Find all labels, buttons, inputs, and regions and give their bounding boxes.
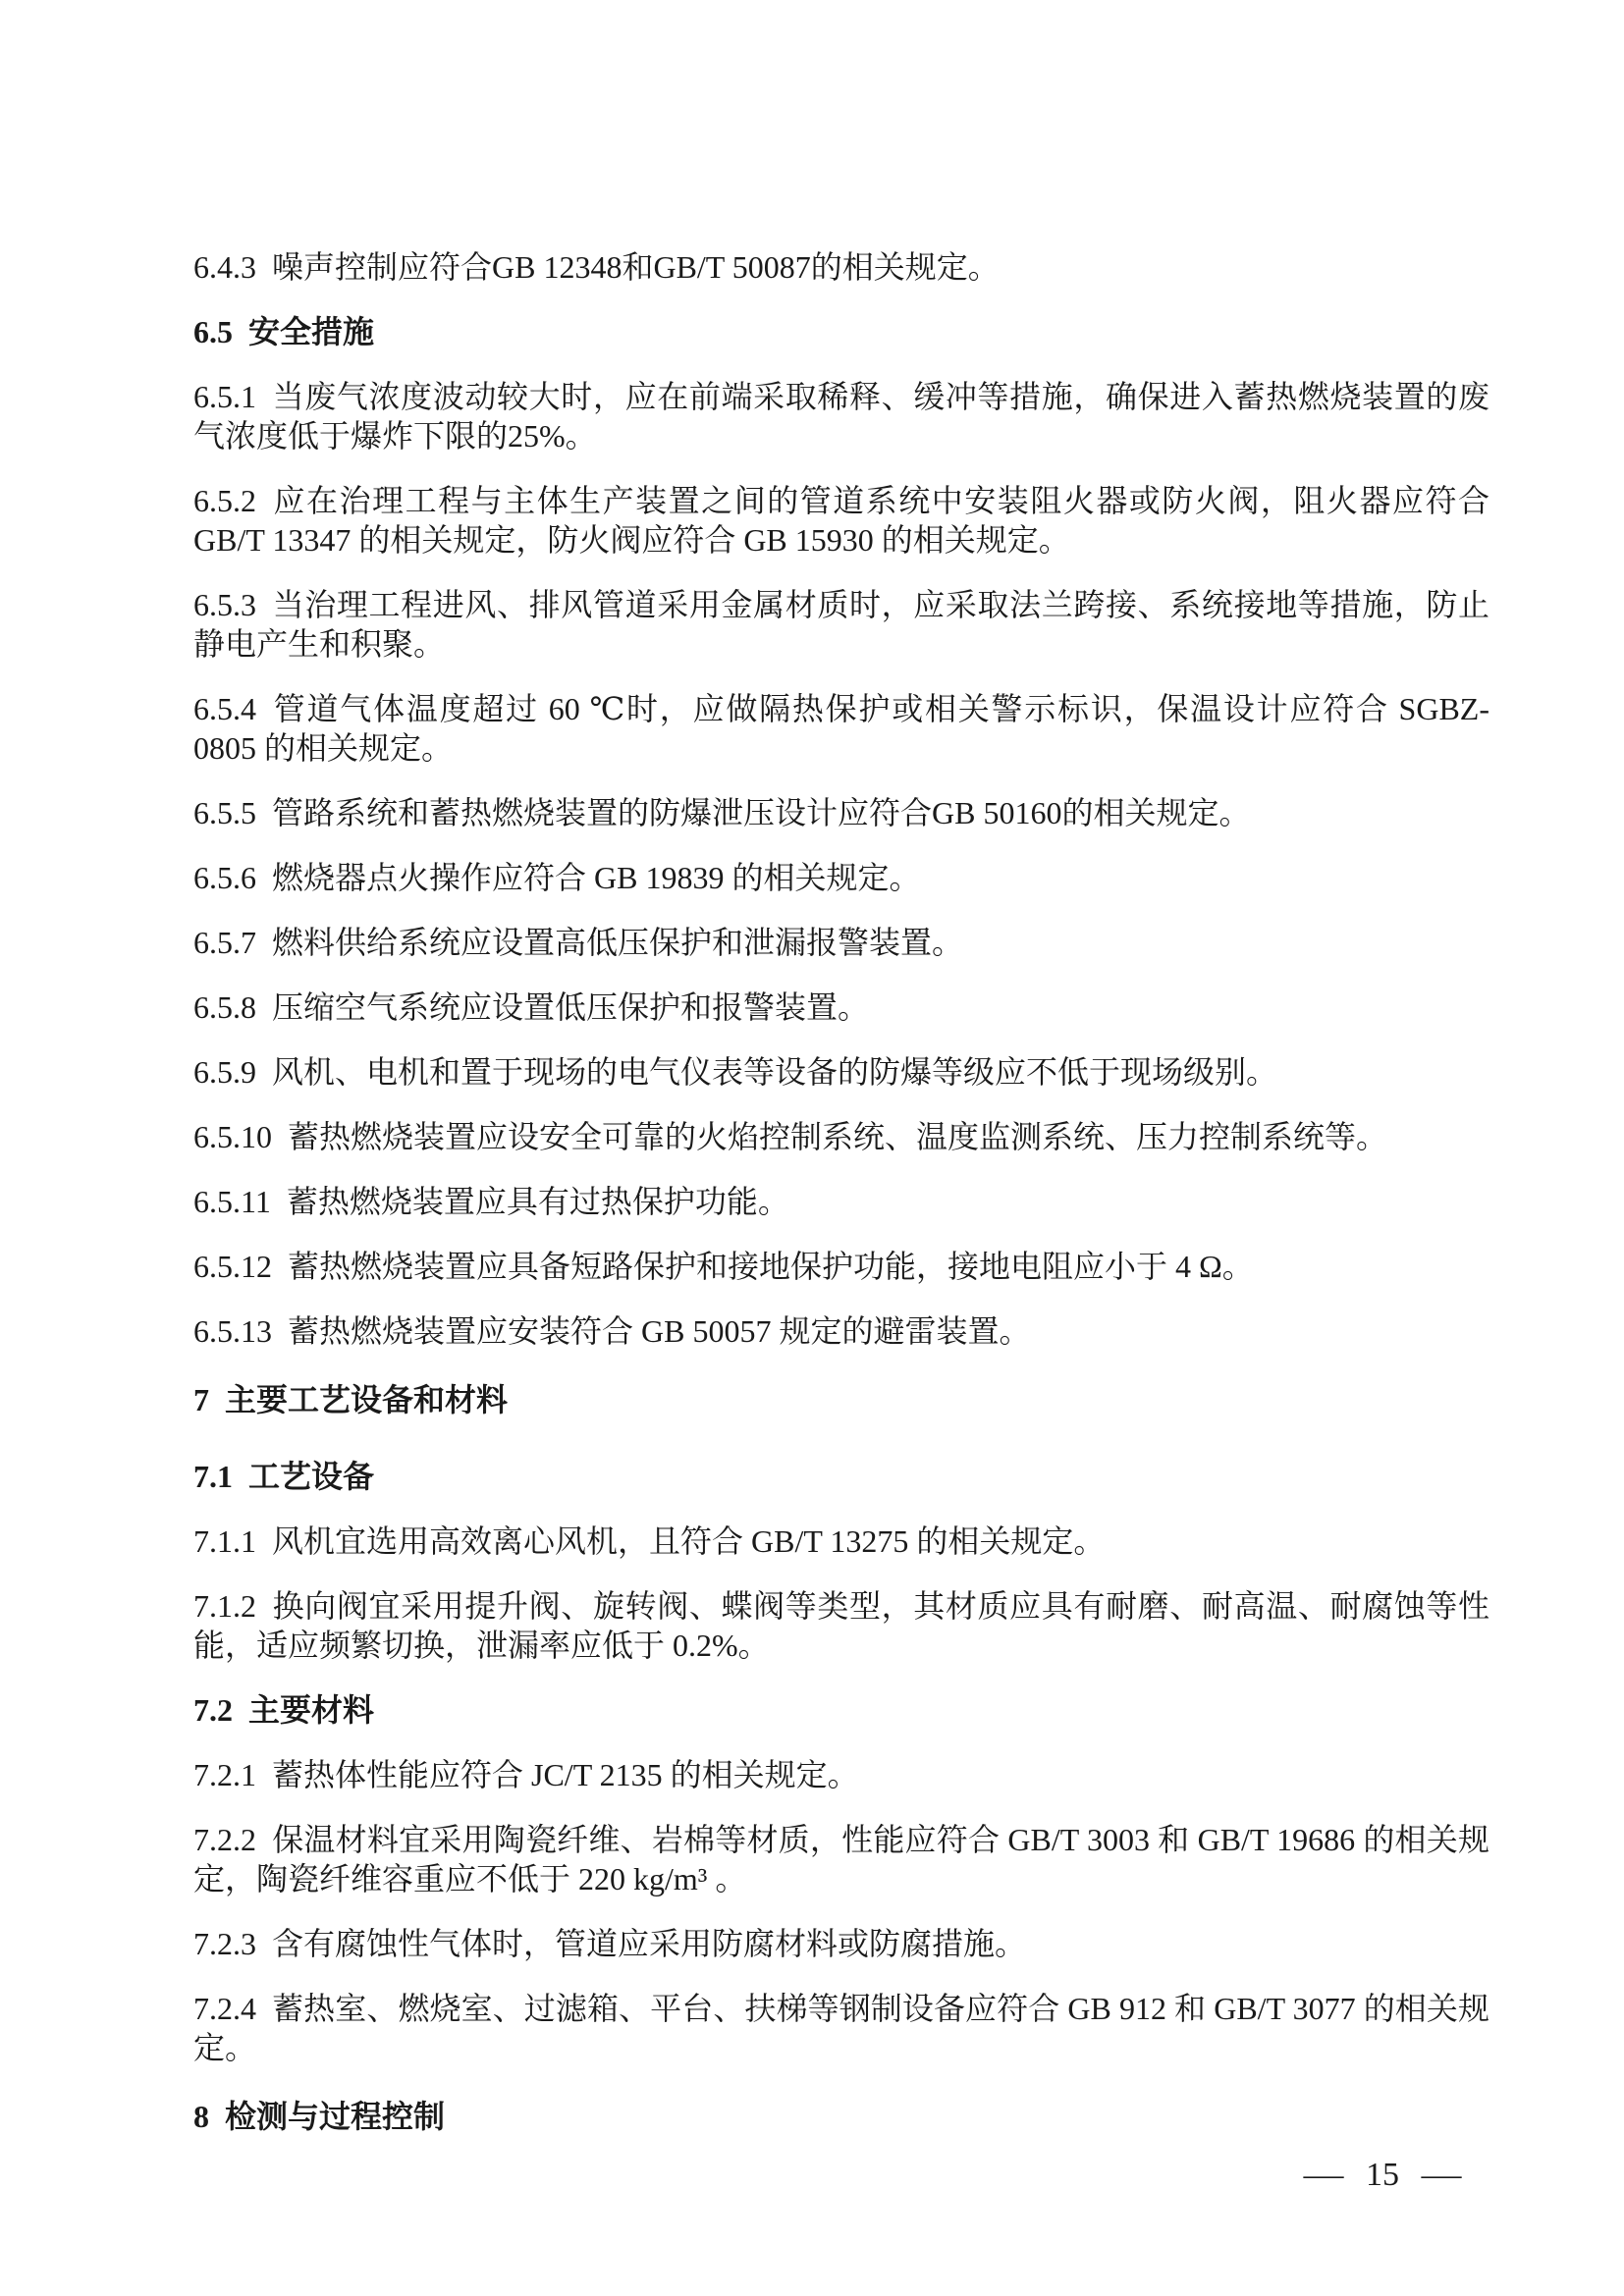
section-heading-7: 7主要工艺设备和材料 [193,1380,1489,1419]
clause-text: 蓄热室、燃烧室、过滤箱、平台、扶梯等钢制设备应符合 GB 912 和 GB/T … [193,1991,1489,2065]
heading-number: 7.2 [193,1692,233,1728]
subsection-heading-7-1: 7.1工艺设备 [193,1457,1489,1496]
heading-number: 6.5 [193,314,233,349]
clause-text: 噪声控制应符合GB 12348和GB/T 50087的相关规定。 [272,249,1000,285]
clause-text: 风机宜选用高效离心风机，且符合 GB/T 13275 的相关规定。 [272,1523,1105,1559]
clause-6-4-3: 6.4.3噪声控制应符合GB 12348和GB/T 50087的相关规定。 [193,247,1489,287]
heading-text: 工艺设备 [248,1459,374,1494]
heading-number: 7 [193,1382,209,1417]
clause-number: 7.2.1 [193,1757,256,1792]
clause-text: 管路系统和蓄热燃烧装置的防爆泄压设计应符合GB 50160的相关规定。 [272,795,1250,830]
clause-number: 6.5.12 [193,1249,272,1284]
clause-6-5-2: 6.5.2应在治理工程与主体生产装置之间的管道系统中安装阻火器或防火阀，阻火器应… [193,481,1489,560]
clause-text: 蓄热体性能应符合 JC/T 2135 的相关规定。 [272,1757,859,1792]
subsection-heading-6-5: 6.5安全措施 [193,312,1489,351]
document-page: 6.4.3噪声控制应符合GB 12348和GB/T 50087的相关规定。 6.… [0,0,1624,2296]
clause-text: 当废气浓度波动较大时，应在前端采取稀释、缓冲等措施，确保进入蓄热燃烧装置的废气浓… [193,379,1489,454]
page-number: 15 [1366,2158,1399,2193]
heading-text: 主要材料 [248,1692,374,1728]
clause-text: 蓄热燃烧装置应具备短路保护和接地保护功能，接地电阻应小于 4 Ω。 [288,1249,1254,1284]
clause-number: 6.5.4 [193,691,256,726]
clause-6-5-5: 6.5.5管路系统和蓄热燃烧装置的防爆泄压设计应符合GB 50160的相关规定。 [193,793,1489,832]
clause-number: 6.5.13 [193,1313,272,1349]
heading-text: 检测与过程控制 [225,2099,445,2134]
clause-number: 6.5.7 [193,925,256,960]
clause-6-5-7: 6.5.7燃料供给系统应设置高低压保护和泄漏报警装置。 [193,923,1489,962]
clause-text: 应在治理工程与主体生产装置之间的管道系统中安装阻火器或防火阀，阻火器应符合 GB… [193,483,1489,558]
clause-number: 6.5.8 [193,989,256,1025]
clause-number: 7.1.1 [193,1523,256,1559]
clause-number: 7.2.2 [193,1822,256,1857]
clause-number: 6.5.3 [193,587,256,622]
clause-text: 风机、电机和置于现场的电气仪表等设备的防爆等级应不低于现场级别。 [272,1054,1277,1090]
page-footer: — 15 — [1303,2158,1462,2193]
clause-text: 燃烧器点火操作应符合 GB 19839 的相关规定。 [272,860,920,895]
clause-6-5-13: 6.5.13蓄热燃烧装置应安装符合 GB 50057 规定的避雷装置。 [193,1311,1489,1351]
clause-number: 6.5.1 [193,379,256,414]
clause-number: 6.5.5 [193,795,256,830]
clause-7-2-3: 7.2.3含有腐蚀性气体时，管道应采用防腐材料或防腐措施。 [193,1924,1489,1963]
clause-number: 6.4.3 [193,249,256,285]
clause-text: 当治理工程进风、排风管道采用金属材质时，应采取法兰跨接、系统接地等措施，防止静电… [193,587,1489,662]
clause-6-5-10: 6.5.10蓄热燃烧装置应设安全可靠的火焰控制系统、温度监测系统、压力控制系统等… [193,1117,1489,1156]
clause-7-2-4: 7.2.4蓄热室、燃烧室、过滤箱、平台、扶梯等钢制设备应符合 GB 912 和 … [193,1989,1489,2067]
clause-text: 保温材料宜采用陶瓷纤维、岩棉等材质，性能应符合 GB/T 3003 和 GB/T… [193,1822,1489,1896]
heading-number: 7.1 [193,1459,233,1494]
clause-number: 7.2.4 [193,1991,256,2026]
clause-6-5-6: 6.5.6燃烧器点火操作应符合 GB 19839 的相关规定。 [193,858,1489,897]
heading-text: 安全措施 [248,314,374,349]
clause-number: 7.1.2 [193,1588,256,1624]
clause-6-5-8: 6.5.8压缩空气系统应设置低压保护和报警装置。 [193,988,1489,1027]
footer-left-dash: — [1304,2158,1344,2193]
clause-7-2-1: 7.2.1蓄热体性能应符合 JC/T 2135 的相关规定。 [193,1755,1489,1794]
heading-text: 主要工艺设备和材料 [225,1382,508,1417]
clause-text: 蓄热燃烧装置应具有过热保护功能。 [287,1184,789,1219]
clause-number: 7.2.3 [193,1926,256,1961]
clause-6-5-4: 6.5.4管道气体温度超过 60 ℃时，应做隔热保护或相关警示标识，保温设计应符… [193,689,1489,768]
clause-6-5-11: 6.5.11蓄热燃烧装置应具有过热保护功能。 [193,1182,1489,1221]
heading-number: 8 [193,2099,209,2134]
section-heading-8: 8检测与过程控制 [193,2097,1489,2136]
clause-7-1-2: 7.1.2换向阀宜采用提升阀、旋转阀、蝶阀等类型，其材质应具有耐磨、耐高温、耐腐… [193,1586,1489,1665]
clause-number: 6.5.9 [193,1054,256,1090]
clause-number: 6.5.10 [193,1119,272,1154]
footer-right-dash: — [1422,2158,1462,2193]
clause-number: 6.5.6 [193,860,256,895]
clause-text: 管道气体温度超过 60 ℃时，应做隔热保护或相关警示标识，保温设计应符合 SGB… [193,691,1489,766]
clause-6-5-3: 6.5.3当治理工程进风、排风管道采用金属材质时，应采取法兰跨接、系统接地等措施… [193,585,1489,664]
clause-text: 含有腐蚀性气体时，管道应采用防腐材料或防腐措施。 [272,1926,1026,1961]
subsection-heading-7-2: 7.2主要材料 [193,1690,1489,1730]
clause-text: 换向阀宜采用提升阀、旋转阀、蝶阀等类型，其材质应具有耐磨、耐高温、耐腐蚀等性能，… [193,1588,1489,1663]
clause-7-2-2: 7.2.2保温材料宜采用陶瓷纤维、岩棉等材质，性能应符合 GB/T 3003 和… [193,1820,1489,1898]
clause-6-5-1: 6.5.1当废气浓度波动较大时，应在前端采取稀释、缓冲等措施，确保进入蓄热燃烧装… [193,377,1489,455]
clause-number: 6.5.11 [193,1184,271,1219]
clause-text: 压缩空气系统应设置低压保护和报警装置。 [272,989,869,1025]
clause-6-5-12: 6.5.12蓄热燃烧装置应具备短路保护和接地保护功能，接地电阻应小于 4 Ω。 [193,1247,1489,1286]
page-content: 6.4.3噪声控制应符合GB 12348和GB/T 50087的相关规定。 6.… [193,247,1489,2173]
clause-text: 蓄热燃烧装置应设安全可靠的火焰控制系统、温度监测系统、压力控制系统等。 [288,1119,1387,1154]
clause-6-5-9: 6.5.9风机、电机和置于现场的电气仪表等设备的防爆等级应不低于现场级别。 [193,1052,1489,1092]
clause-7-1-1: 7.1.1风机宜选用高效离心风机，且符合 GB/T 13275 的相关规定。 [193,1522,1489,1561]
clause-text: 蓄热燃烧装置应安装符合 GB 50057 规定的避雷装置。 [288,1313,1030,1349]
clause-text: 燃料供给系统应设置高低压保护和泄漏报警装置。 [272,925,963,960]
clause-number: 6.5.2 [193,483,256,518]
